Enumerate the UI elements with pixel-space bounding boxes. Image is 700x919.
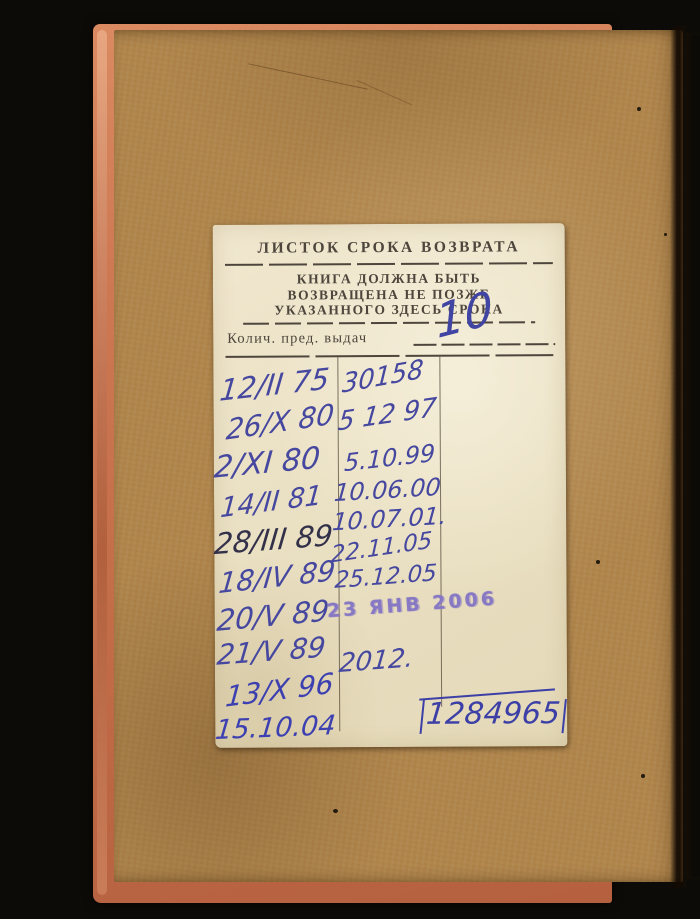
issue-count-handwritten: 10 [434,284,494,345]
divider-rule [225,354,553,358]
return-date-entry: 15.10.04 [214,712,337,744]
notice-line: КНИГА ДОЛЖНА БЫТЬ [213,270,565,287]
paper-speck [596,560,600,564]
issue-count-blank-line [413,343,555,345]
return-date-entry: 20/V 89 [216,596,331,636]
return-date-entry: 10.06.00 [333,475,442,505]
return-date-entry: 2012. [338,645,415,677]
facing-page-edge [686,33,700,879]
return-date-entry: 18/IV 89 [217,557,336,598]
return-date-entry: 28/III 89 [213,521,334,559]
return-date-entry: 25.12.05 [334,562,438,593]
paper-speck [664,233,667,236]
return-date-entry: 2/XI 80 [213,444,321,484]
divider-rule [225,262,553,266]
issue-count-label: Колич. пред. выдач [227,330,367,348]
paper-speck [637,107,641,111]
slip-title: ЛИСТОК СРОКА ВОЗВРАТА [213,238,565,258]
return-date-entry: 5 12 97 [337,395,438,436]
paper-crease-mark [248,63,368,89]
notice-line: УКАЗАННОГО ЗДЕСЬ СРОКА [213,301,565,318]
gutter-crease [670,26,686,888]
paper-crease-mark [356,80,411,105]
paper-speck [641,774,645,778]
return-date-entry: 30158 [341,356,424,398]
return-date-entry: 21/V 89 [216,633,327,669]
return-date-entry: 14/II 81 [219,482,323,523]
return-date-entry: 26/X 80 [225,400,336,444]
paper-speck [333,809,338,813]
inventory-number: 1284965 [420,699,567,734]
return-date-entry: 13/X 96 [224,669,334,711]
return-date-entry: 5.10.99 [344,441,436,475]
notice-line: ВОЗВРАЩЕНА НЕ ПОЗЖЕ [213,286,565,303]
book-scan-photo: ЛИСТОК СРОКА ВОЗВРАТА КНИГА ДОЛЖНА БЫТЬ … [0,0,700,919]
library-return-slip: ЛИСТОК СРОКА ВОЗВРАТА КНИГА ДОЛЖНА БЫТЬ … [213,223,568,748]
library-date-stamp: 23 ЯНВ 2006 [326,588,498,623]
return-notice: КНИГА ДОЛЖНА БЫТЬ ВОЗВРАЩЕНА НЕ ПОЗЖЕ УК… [213,270,565,318]
table-column-line [439,355,442,707]
